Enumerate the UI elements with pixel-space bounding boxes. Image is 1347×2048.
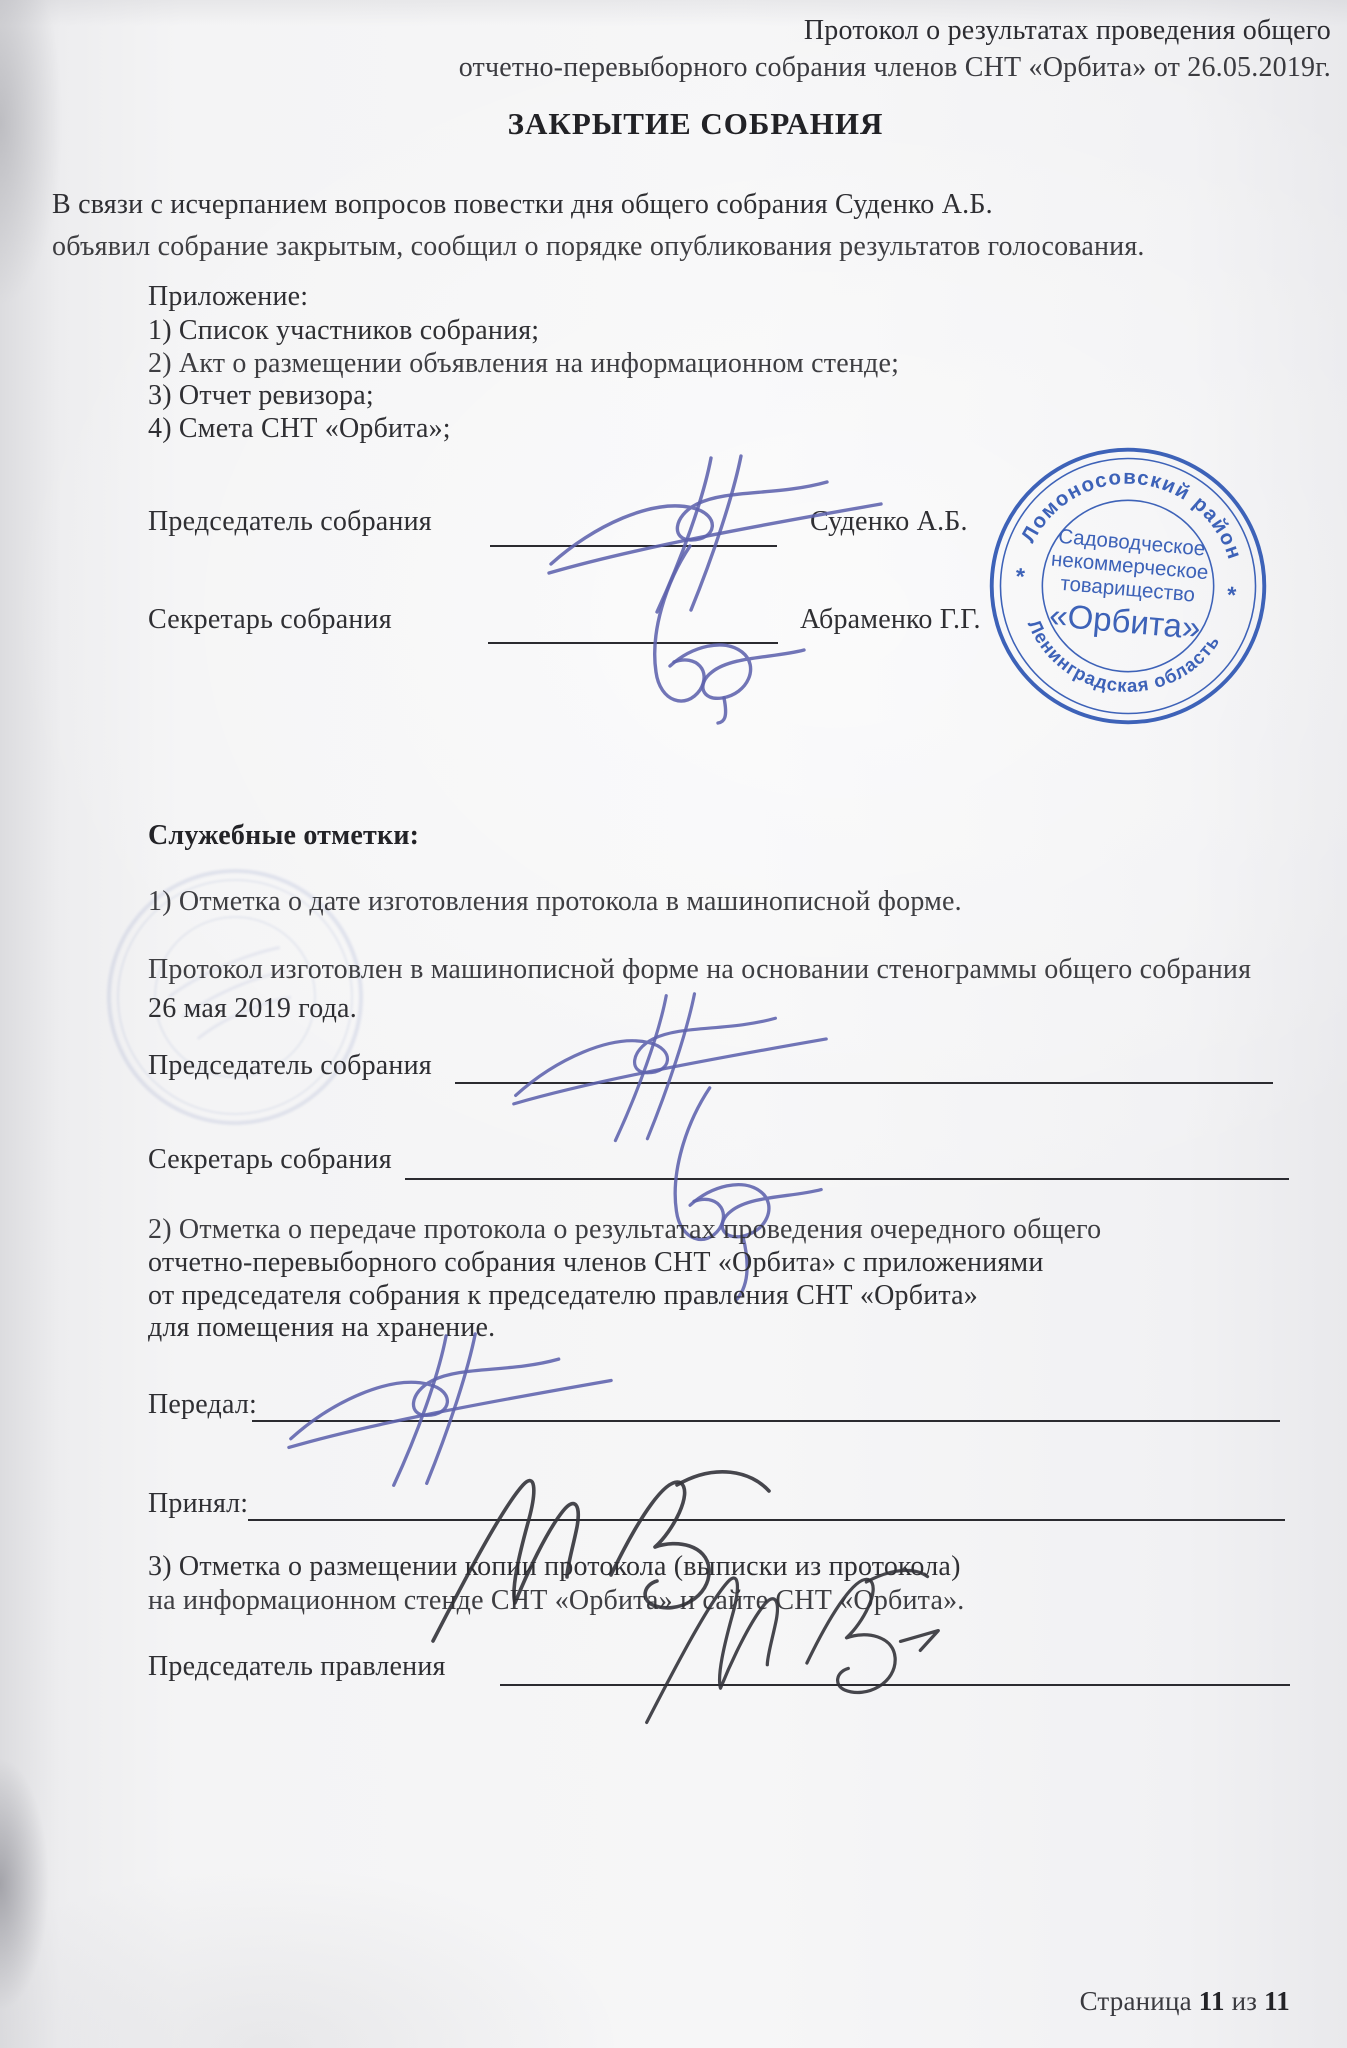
attachments-heading: Приложение: bbox=[148, 281, 308, 313]
handed-label: Передал: bbox=[148, 1389, 257, 1421]
attachment-item-3: 3) Отчет ревизора; bbox=[148, 380, 899, 413]
footer-total-pages: 11 bbox=[1264, 1986, 1290, 2016]
stamp-right-star: * bbox=[1226, 581, 1238, 608]
stamp-left-star: * bbox=[1014, 563, 1026, 590]
chairman-signature-line bbox=[490, 545, 777, 547]
mark2-line-3: от председателя собрания к председателю … bbox=[148, 1280, 1101, 1313]
marks-secretary-label: Секретарь собрания bbox=[148, 1144, 392, 1176]
attachment-item-2: 2) Акт о размещении объявления на информ… bbox=[148, 348, 899, 381]
page-footer: Страница 11 из 11 bbox=[1080, 1986, 1290, 2017]
intro-line-2: объявил собрание закрытым, сообщил о пор… bbox=[52, 226, 1145, 268]
mark3-line-1: 3) Отметка о размещении копии протокола … bbox=[148, 1550, 964, 1584]
chairman-name: Суденко А.Б. bbox=[810, 506, 968, 538]
footer-of-word: из bbox=[1232, 1986, 1258, 2016]
marks-chairman-line bbox=[455, 1082, 1273, 1084]
orbita-round-stamp: Ломоносовский район Ленинградская област… bbox=[982, 440, 1274, 732]
marks-chairman-label: Председатель собрания bbox=[148, 1050, 432, 1082]
mark3-paragraph: 3) Отметка о размещении копии протокола … bbox=[148, 1550, 964, 1618]
mark2-line-4: для помещения на хранение. bbox=[148, 1312, 1101, 1345]
secretary-label: Секретарь собрания bbox=[148, 604, 392, 636]
handed-line bbox=[252, 1420, 1280, 1422]
mark2-paragraph: 2) Отметка о передаче протокола о резуль… bbox=[148, 1214, 1101, 1345]
mark1-line-2: 26 мая 2019 года. bbox=[148, 989, 1251, 1028]
board-chairman-line bbox=[500, 1684, 1290, 1686]
mark1-title: 1) Отметка о дате изготовления протокола… bbox=[148, 886, 962, 918]
board-chairman-label: Председатель правления bbox=[148, 1651, 446, 1683]
received-label: Принял: bbox=[148, 1488, 248, 1520]
secretary-name: Абраменко Г.Г. bbox=[800, 604, 981, 636]
mark2-line-2: отчетно-перевыборного собрания членов СН… bbox=[148, 1247, 1101, 1280]
header-line-1: Протокол о результатах проведения общего bbox=[459, 12, 1331, 49]
received-line bbox=[248, 1519, 1285, 1521]
secretary-signature-line bbox=[488, 642, 778, 644]
mark1-line-1: Протокол изготовлен в машинописной форме… bbox=[148, 950, 1251, 989]
marks-secretary-line bbox=[405, 1178, 1289, 1180]
document-header: Протокол о результатах проведения общего… bbox=[459, 12, 1331, 86]
document-page: Протокол о результатах проведения общего… bbox=[0, 0, 1347, 2048]
service-marks-heading: Служебные отметки: bbox=[148, 820, 419, 852]
handed-signature bbox=[280, 1330, 620, 1495]
intro-paragraph: В связи с исчерпанием вопросов повестки … bbox=[52, 184, 1145, 268]
footer-page-word: Страница bbox=[1080, 1986, 1192, 2016]
attachment-item-4: 4) Смета СНТ «Орбита»; bbox=[148, 413, 899, 446]
page-title: ЗАКРЫТИЕ СОБРАНИЯ bbox=[22, 106, 1347, 142]
footer-page-number: 11 bbox=[1199, 1986, 1225, 2016]
chairman-label: Председатель собрания bbox=[148, 506, 432, 538]
intro-line-1: В связи с исчерпанием вопросов повестки … bbox=[52, 184, 1145, 226]
mark3-line-2: на информационном стенде СНТ «Орбита» и … bbox=[148, 1584, 964, 1618]
attachments-list: 1) Список участников собрания; 2) Акт о … bbox=[148, 315, 899, 445]
header-line-2: отчетно-перевыборного собрания членов СН… bbox=[459, 49, 1331, 86]
secretary-signature bbox=[578, 540, 818, 725]
attachment-item-1: 1) Список участников собрания; bbox=[148, 315, 899, 348]
mark2-line-1: 2) Отметка о передаче протокола о резуль… bbox=[148, 1214, 1101, 1247]
mark1-paragraph: Протокол изготовлен в машинописной форме… bbox=[148, 950, 1251, 1028]
